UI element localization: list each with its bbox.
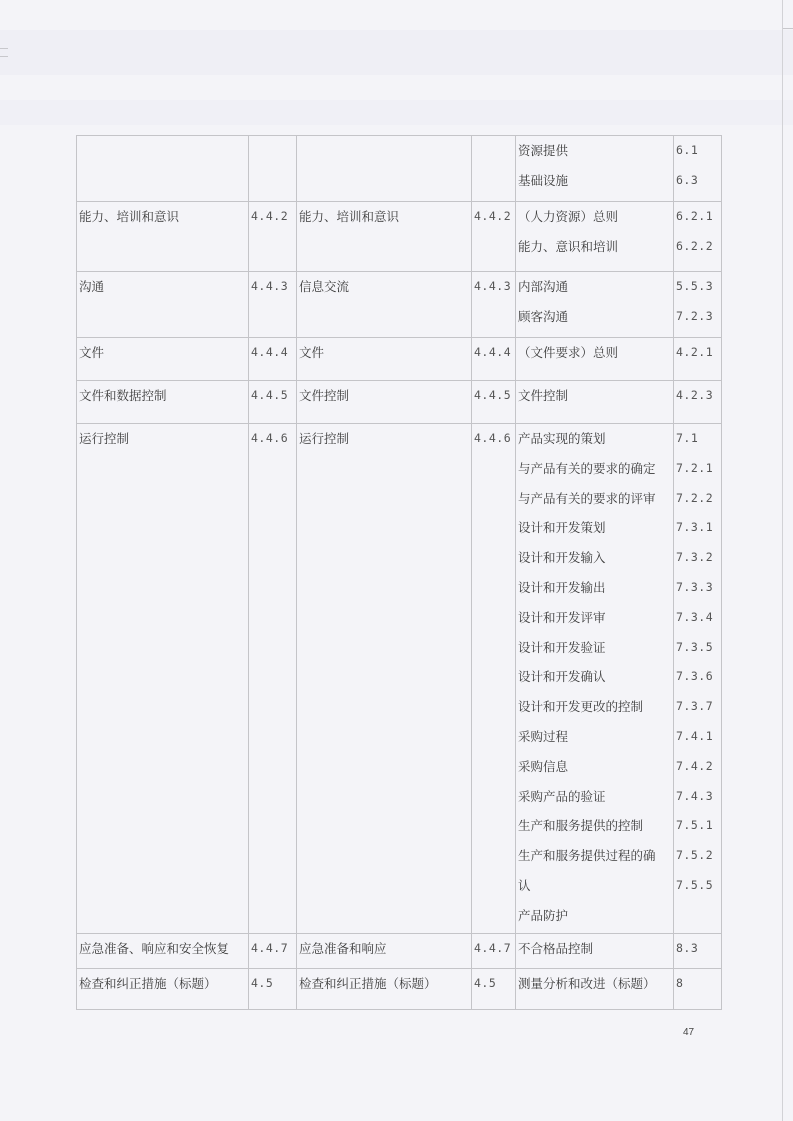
cell-text: 4.5 [251, 969, 294, 999]
cell-iso-clause-number: 4.4.5 [249, 381, 297, 424]
table-row: 沟通4.4.3信息交流4.4.3内部沟通顾客沟通5.5.37.2.3 [77, 272, 722, 338]
cell-text: 4.4.2 [474, 202, 513, 232]
cell-text: 能力、培训和意识 [299, 202, 469, 232]
cell-iso-clause-title: 文件 [77, 338, 249, 381]
cell-qms-clause-title: 资源提供基础设施 [516, 136, 674, 202]
cell-iso-clause-number: 4.4.4 [249, 338, 297, 381]
page-edge-line [0, 56, 8, 57]
cell-text: 设计和开发输入 [518, 543, 671, 573]
cell-ohsas-clause-title: 运行控制 [297, 424, 472, 934]
cell-qms-clause-number: 6.2.16.2.2 [674, 202, 722, 272]
cell-text: （人力资源）总则 [518, 202, 671, 232]
cell-text: 4.4.7 [251, 934, 294, 964]
cell-text: 产品防护 [518, 901, 671, 931]
cell-iso-clause-title: 应急准备、响应和安全恢复 [77, 934, 249, 969]
cell-ohsas-clause-number [472, 136, 516, 202]
table-row: 应急准备、响应和安全恢复4.4.7应急准备和响应4.4.7不合格品控制8.3 [77, 934, 722, 969]
cell-text: 4.4.5 [474, 381, 513, 411]
cell-text: 7.3.3 [676, 573, 719, 603]
cell-text: 设计和开发验证 [518, 633, 671, 663]
cell-text: 文件控制 [518, 381, 671, 411]
cell-ohsas-clause-number: 4.4.3 [472, 272, 516, 338]
cell-text: 7.1 [676, 424, 719, 454]
cell-iso-clause-number: 4.4.3 [249, 272, 297, 338]
cell-qms-clause-title: （文件要求）总则 [516, 338, 674, 381]
cell-text: 7.4.3 [676, 782, 719, 812]
cell-text: 4.4.6 [251, 424, 294, 454]
cell-text: 应急准备和响应 [299, 934, 469, 964]
cell-ohsas-clause-title [297, 136, 472, 202]
cell-text [474, 136, 513, 166]
cell-text: 7.3.1 [676, 513, 719, 543]
cell-text: 资源提供 [518, 136, 671, 166]
table-row: 文件和数据控制4.4.5文件控制4.4.5文件控制4.2.3 [77, 381, 722, 424]
cell-text: 产品实现的策划 [518, 424, 671, 454]
cell-text: 与产品有关的要求的确定 [518, 454, 671, 484]
cell-ohsas-clause-number: 4.5 [472, 969, 516, 1010]
cell-text: 7.3.2 [676, 543, 719, 573]
cell-ohsas-clause-number: 4.4.6 [472, 424, 516, 934]
cell-iso-clause-number: 4.4.7 [249, 934, 297, 969]
cell-iso-clause-number [249, 136, 297, 202]
cell-iso-clause-number: 4.5 [249, 969, 297, 1010]
cell-text: 能力、培训和意识 [79, 202, 246, 232]
cell-ohsas-clause-title: 应急准备和响应 [297, 934, 472, 969]
cell-text: 与产品有关的要求的评审 [518, 484, 671, 514]
cell-text [299, 136, 469, 166]
scan-artifact-band [0, 100, 793, 125]
cell-text: 检查和纠正措施（标题） [299, 969, 469, 999]
cell-text: 设计和开发确认 [518, 662, 671, 692]
cell-text: 信息交流 [299, 272, 469, 302]
table-row: 运行控制4.4.6运行控制4.4.6产品实现的策划与产品有关的要求的确定与产品有… [77, 424, 722, 934]
cell-iso-clause-title: 检查和纠正措施（标题） [77, 969, 249, 1010]
cell-text: 7.4.2 [676, 752, 719, 782]
cell-text: 7.5.1 [676, 811, 719, 841]
cell-text [251, 136, 294, 166]
cell-ohsas-clause-title: 文件控制 [297, 381, 472, 424]
cell-text: 4.4.3 [474, 272, 513, 302]
cell-text: 6.2.1 [676, 202, 719, 232]
cell-qms-clause-title: 不合格品控制 [516, 934, 674, 969]
cell-iso-clause-title: 能力、培训和意识 [77, 202, 249, 272]
cell-text: 7.3.4 [676, 603, 719, 633]
cell-text: 7.3.7 [676, 692, 719, 722]
cell-qms-clause-number: 8 [674, 969, 722, 1010]
cell-qms-clause-number: 4.2.1 [674, 338, 722, 381]
cell-iso-clause-title: 沟通 [77, 272, 249, 338]
cell-text: 6.2.2 [676, 232, 719, 262]
cell-iso-clause-title: 运行控制 [77, 424, 249, 934]
cell-ohsas-clause-number: 4.4.2 [472, 202, 516, 272]
cell-text: 应急准备、响应和安全恢复 [79, 934, 246, 964]
cell-qms-clause-title: 产品实现的策划与产品有关的要求的确定与产品有关的要求的评审设计和开发策划设计和开… [516, 424, 674, 934]
cell-text: 采购产品的验证 [518, 782, 671, 812]
cell-qms-clause-title: （人力资源）总则能力、意识和培训 [516, 202, 674, 272]
table-row: 文件4.4.4文件4.4.4（文件要求）总则4.2.1 [77, 338, 722, 381]
cell-text: 认 [518, 871, 671, 901]
cell-text: 7.2.2 [676, 484, 719, 514]
table-row: 能力、培训和意识4.4.2能力、培训和意识4.4.2（人力资源）总则能力、意识和… [77, 202, 722, 272]
cell-text: 基础设施 [518, 166, 671, 196]
cell-text: 设计和开发更改的控制 [518, 692, 671, 722]
cell-text: 文件和数据控制 [79, 381, 246, 411]
cell-text: 能力、意识和培训 [518, 232, 671, 262]
page-edge-line [0, 48, 8, 49]
clause-correspondence-table: 资源提供基础设施6.16.3能力、培训和意识4.4.2能力、培训和意识4.4.2… [76, 135, 722, 1010]
cell-text: 沟通 [79, 272, 246, 302]
cell-text: 运行控制 [299, 424, 469, 454]
cell-text: 设计和开发评审 [518, 603, 671, 633]
cell-text: 运行控制 [79, 424, 246, 454]
cell-text: 7.2.3 [676, 302, 719, 332]
cell-text: 内部沟通 [518, 272, 671, 302]
cell-text: 采购信息 [518, 752, 671, 782]
cell-qms-clause-number: 7.17.2.17.2.27.3.17.3.27.3.37.3.47.3.57.… [674, 424, 722, 934]
cell-text [676, 901, 719, 931]
cell-text: 6.1 [676, 136, 719, 166]
cell-text [79, 136, 246, 166]
cell-text: 生产和服务提供过程的确 [518, 841, 671, 871]
cell-text: 4.4.7 [474, 934, 513, 964]
cell-text: 4.4.5 [251, 381, 294, 411]
cell-text: 测量分析和改进（标题） [518, 969, 671, 999]
cell-text: 设计和开发策划 [518, 513, 671, 543]
cell-text: 7.5.2 [676, 841, 719, 871]
table-row: 检查和纠正措施（标题）4.5检查和纠正措施（标题）4.5测量分析和改进（标题）8 [77, 969, 722, 1010]
cell-text: 4.4.6 [474, 424, 513, 454]
cell-text: 4.4.4 [474, 338, 513, 368]
page-number: 47 [683, 1027, 694, 1038]
scan-artifact-band [0, 30, 793, 75]
cell-qms-clause-title: 测量分析和改进（标题） [516, 969, 674, 1010]
cell-text: 不合格品控制 [518, 934, 671, 964]
cell-text: 8 [676, 969, 719, 999]
cell-text: （文件要求）总则 [518, 338, 671, 368]
cell-qms-clause-title: 文件控制 [516, 381, 674, 424]
cell-text: 4.4.2 [251, 202, 294, 232]
cell-text: 6.3 [676, 166, 719, 196]
cell-text: 生产和服务提供的控制 [518, 811, 671, 841]
cell-text: 8.3 [676, 934, 719, 964]
cell-text: 7.3.5 [676, 633, 719, 663]
cell-text: 5.5.3 [676, 272, 719, 302]
cell-text: 4.2.3 [676, 381, 719, 411]
cell-iso-clause-title [77, 136, 249, 202]
cell-text: 设计和开发输出 [518, 573, 671, 603]
cell-iso-clause-title: 文件和数据控制 [77, 381, 249, 424]
cell-iso-clause-number: 4.4.2 [249, 202, 297, 272]
cell-text: 7.5.5 [676, 871, 719, 901]
cell-ohsas-clause-title: 文件 [297, 338, 472, 381]
cell-text: 文件 [79, 338, 246, 368]
cell-qms-clause-number: 6.16.3 [674, 136, 722, 202]
table-row: 资源提供基础设施6.16.3 [77, 136, 722, 202]
cell-ohsas-clause-number: 4.4.4 [472, 338, 516, 381]
cell-text: 4.2.1 [676, 338, 719, 368]
page-edge-line [783, 28, 793, 29]
cell-text: 文件 [299, 338, 469, 368]
cell-qms-clause-number: 8.3 [674, 934, 722, 969]
cell-text: 检查和纠正措施（标题） [79, 969, 246, 999]
cell-ohsas-clause-number: 4.4.7 [472, 934, 516, 969]
cell-text: 采购过程 [518, 722, 671, 752]
cell-ohsas-clause-title: 检查和纠正措施（标题） [297, 969, 472, 1010]
cell-text: 4.4.4 [251, 338, 294, 368]
cell-text: 顾客沟通 [518, 302, 671, 332]
cell-qms-clause-number: 4.2.3 [674, 381, 722, 424]
cell-ohsas-clause-number: 4.4.5 [472, 381, 516, 424]
cell-qms-clause-title: 内部沟通顾客沟通 [516, 272, 674, 338]
cell-text: 7.3.6 [676, 662, 719, 692]
cell-qms-clause-number: 5.5.37.2.3 [674, 272, 722, 338]
page-edge-line [782, 0, 783, 1121]
cell-text: 7.4.1 [676, 722, 719, 752]
cell-text: 4.5 [474, 969, 513, 999]
table-body: 资源提供基础设施6.16.3能力、培训和意识4.4.2能力、培训和意识4.4.2… [77, 136, 722, 1010]
cell-text: 7.2.1 [676, 454, 719, 484]
cell-ohsas-clause-title: 能力、培训和意识 [297, 202, 472, 272]
cell-text: 4.4.3 [251, 272, 294, 302]
cell-ohsas-clause-title: 信息交流 [297, 272, 472, 338]
cell-iso-clause-number: 4.4.6 [249, 424, 297, 934]
cell-text: 文件控制 [299, 381, 469, 411]
